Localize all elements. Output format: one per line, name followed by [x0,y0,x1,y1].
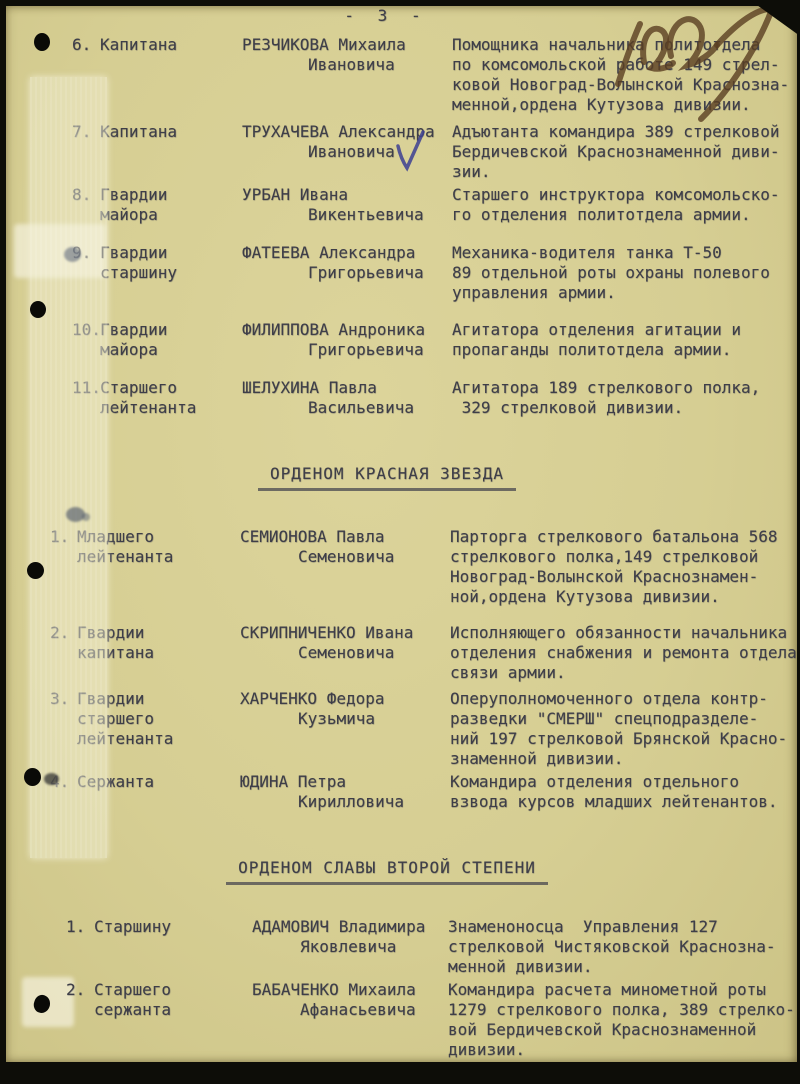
item-name: УРБАН Ивана Викентьевича [242,185,424,225]
item-rank: Старшего сержанта [94,980,171,1020]
item-name: ФАТЕЕВА Александра Григорьевича [242,243,424,283]
item-description: Исполняющего обязанности начальника отде… [450,623,797,683]
item-name: БАБАЧЕНКО Михаила Афанасьевича [252,980,416,1020]
item-name: СЕМИОНОВА Павла Семеновича [240,527,394,567]
item-description: Помощника начальника политотдела по комс… [452,35,789,115]
ink-smudge [44,773,59,785]
scanned-document-page: - 3 - 6. Капитана РЕЗЧИКОВА Михаила Иван… [0,0,800,1084]
item-rank: Гвардии старшину [100,243,177,283]
item-name: ЮДИНА Петра Кирилловича [240,772,404,812]
punch-hole [27,562,44,579]
item-description: Старшего инструктора комсомольско- го от… [452,185,780,225]
tape-strip [30,77,107,858]
item-description: Оперуполномоченного отдела контр- развед… [450,689,787,769]
item-rank: Капитана [100,35,177,55]
item-rank: Старшину [94,917,171,937]
ink-smudge [64,247,81,262]
item-name: СКРИПНИЧЕНКО Ивана Семеновича [240,623,413,663]
item-rank: Старшего лейтенанта [100,378,196,418]
item-description: Знаменоносца Управления 127 стрелковой Ч… [448,917,776,977]
item-name: АДАМОВИЧ Владимира Яковлевича [252,917,425,957]
punch-hole [34,33,50,51]
item-name: ТРУХАЧЕВА Александра Ивановича [242,122,435,162]
item-rank: Капитана [100,122,177,142]
item-description: Агитатора 189 стрелкового полка, 329 стр… [452,378,760,418]
item-name: ХАРЧЕНКО Федора Кузьмича [240,689,385,729]
item-description: Механика-водителя танка Т-50 89 отдельно… [452,243,770,303]
page-number: - 3 - [0,6,800,25]
item-description: Адъютанта командира 389 стрелковой Берди… [452,122,780,182]
item-description: Парторга стрелкового батальона 568 стрел… [450,527,778,607]
item-number: 1. [66,917,85,937]
item-name: ФИЛИППОВА Андроника Григорьевича [242,320,425,360]
item-description: Командира отделения отдельного взвода ку… [450,772,778,812]
section-heading-glory-second-class: ОРДЕНОМ СЛАВЫ ВТОРОЙ СТЕПЕНИ [0,858,800,885]
section-heading-red-star: ОРДЕНОМ КРАСНАЯ ЗВЕЗДА [0,464,800,491]
item-description: Командира расчета минометной роты 1279 с… [448,980,795,1060]
item-rank: Гвардии майора [100,320,167,360]
item-description: Агитатора отделения агитации и пропаганд… [452,320,741,360]
punch-hole [30,301,46,318]
punch-hole [24,768,41,786]
item-number: 2. [66,980,85,1000]
item-number: 6. [72,35,91,55]
item-rank: Гвардии майора [100,185,167,225]
item-name: РЕЗЧИКОВА Михаила Ивановича [242,35,406,75]
item-name: ШЕЛУХИНА Павла Васильевича [242,378,414,418]
ink-smudge [82,513,90,521]
